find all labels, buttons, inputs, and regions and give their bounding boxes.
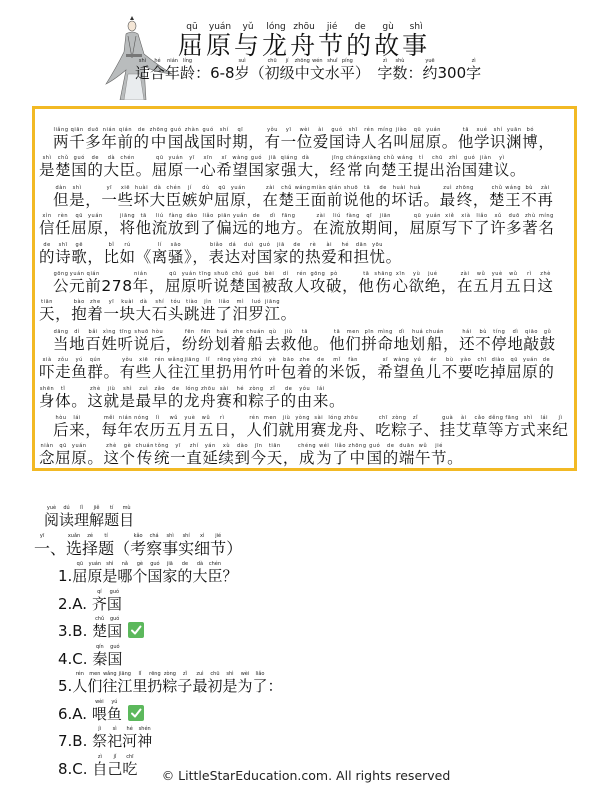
hanzi-with-pinyin: 原yuán [87, 567, 102, 585]
hanzi-with-pinyin: 合hé [150, 64, 165, 82]
hanzi-with-pinyin: 级jí [280, 64, 295, 82]
hanzi-with-pinyin: 国guó [462, 161, 478, 179]
hanzi-with-pinyin: 达dá [225, 248, 241, 266]
hanzi-with-pinyin: 直zhí [186, 449, 202, 467]
hanzi-with-pinyin: 望wàng [393, 363, 409, 381]
hanzi-with-pinyin: 的de [383, 449, 399, 467]
hanzi-with-pinyin: 龄líng [180, 64, 195, 82]
hanzi-with-pinyin: 江jiāng [184, 363, 200, 381]
hanzi-with-pinyin: 面miàn [311, 191, 327, 209]
hanzi-with-pinyin: 百bǎi [85, 335, 101, 353]
hanzi-with-pinyin: 常cháng [346, 161, 364, 179]
hanzi-with-pinyin: 舟zhōu [290, 31, 318, 60]
qu-yuan-illustration [104, 14, 174, 100]
hanzi-with-pinyin: 最zuì [440, 191, 456, 209]
hanzi-with-pinyin: 国guó [245, 277, 261, 295]
hanzi-with-pinyin: 他tā [329, 335, 345, 353]
hanzi-with-pinyin: 米mǐ [329, 363, 345, 381]
hanzi-with-pinyin: 有yǒu [265, 133, 281, 151]
hanzi-with-pinyin: 人rén [294, 277, 310, 295]
hanzi-with-pinyin: 字zì [377, 64, 392, 82]
hanzi-with-pinyin: 终zhōng [456, 191, 473, 209]
hanzi-with-pinyin: 在zài [457, 277, 473, 295]
hanzi-with-pinyin: 期qī [232, 133, 248, 151]
hanzi-with-pinyin: 著zhù [522, 219, 538, 237]
hanzi-with-pinyin: 大dà [298, 161, 314, 179]
hanzi-with-pinyin: 臣chén [207, 567, 222, 585]
plain-text: ： [195, 64, 210, 82]
hanzi-with-pinyin: 一yī [184, 161, 200, 179]
header: 屈qū原yuán与yǔ龙lóng舟zhōu节jié的de故gù事shì 适shì… [0, 0, 612, 100]
hanzi-with-pinyin: 为wéi [316, 449, 332, 467]
hanzi-with-pinyin: 初chū [265, 64, 280, 82]
hanzi-with-pinyin: 体tǐ [55, 392, 71, 410]
hanzi-with-pinyin: 原yuán [206, 31, 234, 60]
plain-text: ， [443, 335, 459, 353]
hanzi-with-pinyin: 农nóng [134, 421, 150, 439]
hanzi-with-pinyin: 公gōng [53, 277, 69, 295]
hanzi-with-pinyin: 的de [177, 567, 192, 585]
hanzi-with-pinyin: 国guó [107, 650, 122, 668]
hanzi-with-pinyin: 诗shī [55, 248, 71, 266]
hanzi-with-pinyin: 臣chén [166, 191, 182, 209]
hanzi-with-pinyin: 将jiāng [120, 219, 136, 237]
hanzi-with-pinyin: 在zài [313, 219, 329, 237]
hanzi-with-pinyin: 离lí [152, 248, 168, 266]
hanzi-with-pinyin: 坏huài [391, 191, 407, 209]
hanzi-with-pinyin: 目mù [119, 511, 134, 529]
hanzi-with-pinyin: 不bù [442, 363, 458, 381]
hanzi-with-pinyin: 大dà [150, 191, 166, 209]
plain-text: 。 [103, 363, 119, 381]
hanzi-with-pinyin: 中zhōng [150, 133, 168, 151]
hanzi-with-pinyin: 河hé [122, 732, 137, 750]
story-paragraph-2: 但dàn是shì，一yī些xiē坏huài大dà臣chén嫉jí妒dù屈qū原y… [39, 185, 569, 271]
hanzi-with-pinyin: 大dà [136, 305, 152, 323]
hanzi-with-pinyin: 日rì [521, 277, 537, 295]
plain-text: ， [283, 449, 299, 467]
plain-text: ， [55, 305, 71, 323]
quiz-item-label: 4.C. [58, 650, 92, 668]
hanzi-with-pinyin: 们men [262, 421, 278, 439]
hanzi-with-pinyin: 国guó [367, 449, 383, 467]
hanzi-with-pinyin: 多duō [85, 133, 101, 151]
hanzi-with-pinyin: 们men [87, 677, 102, 695]
plain-text: ： [407, 64, 422, 82]
plain-text: 、 [359, 421, 375, 439]
hanzi-with-pinyin: 地dì [69, 335, 85, 353]
hanzi-with-pinyin: 掉diào [490, 363, 506, 381]
hanzi-with-pinyin: 龙lóng [184, 392, 200, 410]
hanzi-with-pinyin: 放fàng [345, 219, 361, 237]
plain-text: 6-8 [210, 64, 235, 82]
plain-text: 。 [281, 305, 297, 323]
hanzi-with-pinyin: 祀sì [107, 732, 122, 750]
hanzi-with-pinyin: 初chū [207, 677, 222, 695]
quiz-item-4: 4.C. 秦qín国guó [58, 644, 283, 672]
hanzi-with-pinyin: 家jiā [265, 161, 281, 179]
hanzi-with-pinyin: 一yī [103, 305, 119, 323]
hanzi-with-pinyin: 鱼yú [71, 363, 87, 381]
plain-text: ： [268, 677, 283, 695]
hanzi-with-pinyin: 这zhè [87, 392, 103, 410]
hanzi-with-pinyin: 叶yè [265, 363, 281, 381]
hanzi-with-pinyin: 人rén [152, 363, 168, 381]
hanzi-with-pinyin: 选xuǎn [66, 539, 82, 558]
age-and-word-count: 适shì合hé年nián龄líng：6-8岁suì（初chū级jí中zhōng文… [135, 58, 481, 82]
hanzi-with-pinyin: 了liǎo [200, 219, 216, 237]
hanzi-with-pinyin: 前qián [327, 191, 343, 209]
hanzi-with-pinyin: 子zǐ [407, 421, 423, 439]
hanzi-with-pinyin: 国guó [257, 248, 273, 266]
hanzi-with-pinyin: 楚chǔ [381, 161, 397, 179]
plain-text: ， [230, 421, 246, 439]
hanzi-with-pinyin: 地dì [265, 219, 281, 237]
hanzi-with-pinyin: 希xī [377, 363, 393, 381]
hanzi-with-pinyin: 字zì [466, 64, 481, 82]
hanzi-with-pinyin: 中zhōng [348, 449, 366, 467]
hanzi-with-pinyin: 扔rēng [147, 677, 162, 695]
hanzi-with-pinyin: 家jiā [162, 567, 177, 585]
hanzi-with-pinyin: 五wǔ [505, 277, 521, 295]
hanzi-with-pinyin: 不bù [475, 335, 491, 353]
hanzi-with-pinyin: 两liǎng [53, 133, 69, 151]
hanzi-with-pinyin: 任rèn [55, 219, 71, 237]
hanzi-with-pinyin: 屈qū [214, 191, 230, 209]
hanzi-with-pinyin: 天tiān [39, 305, 55, 323]
hanzi-with-pinyin: 偏piān [216, 219, 232, 237]
story-paragraph-5: 后hòu来lái，每měi年nián农nóng历lì五wǔ月yuè五wǔ日rì，… [39, 415, 569, 473]
hanzi-with-pinyin: 破pò [326, 277, 342, 295]
hanzi-with-pinyin: 粽zòng [248, 392, 264, 410]
hanzi-with-pinyin: 楚chǔ [55, 161, 71, 179]
hanzi-with-pinyin: 的de [248, 219, 264, 237]
hanzi-with-pinyin: 成chéng [299, 449, 316, 467]
quiz-item-3: 3.B. 楚chǔ国guó [58, 616, 283, 644]
hanzi-with-pinyin: 屈qū [55, 449, 71, 467]
hanzi-with-pinyin: 说shuō [134, 335, 150, 353]
hanzi-with-pinyin: 为wèi [237, 677, 252, 695]
hanzi-with-pinyin: 写xiě [442, 219, 458, 237]
hanzi-with-pinyin: 往wǎng [168, 363, 184, 381]
plain-text: ？ [222, 567, 237, 585]
hanzi-with-pinyin: 要yào [458, 363, 474, 381]
hanzi-with-pinyin: 下xià [458, 219, 474, 237]
hanzi-with-pinyin: 读dú [59, 511, 74, 529]
hanzi-with-pinyin: 吃chī [474, 363, 490, 381]
footer-copyright: © LittleStarEducation.com. All rights re… [0, 768, 612, 783]
hanzi-with-pinyin: 原yuán [168, 161, 184, 179]
hanzi-with-pinyin: 诗shī [345, 133, 361, 151]
hanzi-with-pinyin: 屈qū [71, 219, 87, 237]
quiz-item-2: 2.A. 齐qí国guó [58, 589, 283, 617]
hanzi-with-pinyin: 原yuán [71, 449, 87, 467]
hanzi-with-pinyin: 战zhàn [184, 133, 200, 151]
plain-text: 。 [510, 161, 526, 179]
hanzi-with-pinyin: 再zài [537, 191, 553, 209]
plain-text: ， [342, 277, 358, 295]
hanzi-with-pinyin: 担dān [353, 248, 369, 266]
hanzi-with-pinyin: 和hé [232, 392, 248, 410]
hanzi-with-pinyin: 每měi [101, 421, 117, 439]
hanzi-with-pinyin: 一yī [170, 449, 186, 467]
hanzi-with-pinyin: 扔rēng [216, 363, 232, 381]
hanzi-with-pinyin: 往wǎng [102, 677, 117, 695]
hanzi-with-pinyin: 的de [281, 392, 297, 410]
hanzi-with-pinyin: 舟zhōu [343, 421, 359, 439]
hanzi-with-pinyin: 饭fàn [345, 363, 361, 381]
hanzi-with-pinyin: 走zǒu [55, 363, 71, 381]
hanzi-with-pinyin: 妒dù [198, 191, 214, 209]
hanzi-with-pinyin: 传chuán [136, 449, 154, 467]
hanzi-with-pinyin: 的de [39, 248, 55, 266]
hanzi-with-pinyin: 原yuán [426, 219, 442, 237]
hanzi-with-pinyin: 被bèi [262, 277, 278, 295]
hanzi-with-pinyin: 话huà [407, 191, 423, 209]
hanzi-with-pinyin: 数shù [392, 64, 407, 82]
plain-text: ， [314, 161, 330, 179]
hanzi-with-pinyin: 罗luó [248, 305, 264, 323]
hanzi-with-pinyin: 绝jué [425, 277, 441, 295]
hanzi-with-pinyin: 欲yù [409, 277, 425, 295]
hanzi-with-pinyin: 楚chǔ [229, 277, 245, 295]
hanzi-with-pinyin: 人rén [72, 677, 87, 695]
hanzi-with-pinyin: 的de [313, 363, 329, 381]
hanzi-with-pinyin: 就jiù [279, 421, 295, 439]
plain-text: 。 [71, 392, 87, 410]
plain-text: ， [248, 133, 264, 151]
hanzi-with-pinyin: 忧yōu [370, 248, 386, 266]
hanzi-with-pinyin: 文wén [310, 64, 325, 82]
hanzi-with-pinyin: 屈qū [72, 567, 87, 585]
plain-text: 。 [87, 449, 103, 467]
hanzi-with-pinyin: 提tí [413, 161, 429, 179]
hanzi-with-pinyin: 汨mì [232, 305, 248, 323]
hanzi-with-pinyin: 人rén [246, 421, 262, 439]
hanzi-with-pinyin: 了liǎo [474, 219, 490, 237]
hanzi-with-pinyin: 五wǔ [473, 277, 489, 295]
hanzi-with-pinyin: 午wǔ [415, 449, 431, 467]
story-paragraph-4: 当dāng地dì百bǎi姓xìng听tīng说shuō后hòu，纷fēn纷fēn… [39, 329, 569, 415]
hanzi-with-pinyin: 原yuán [522, 363, 538, 381]
hanzi-with-pinyin: 粽zòng [391, 421, 407, 439]
hanzi-with-pinyin: 方fāng [504, 421, 520, 439]
hanzi-with-pinyin: 坏huài [134, 191, 150, 209]
hanzi-with-pinyin: 了liǎo [216, 305, 232, 323]
hanzi-with-pinyin: 舟zhōu [200, 392, 216, 410]
hanzi-with-pinyin: 察chá [146, 539, 162, 558]
plain-text: ， [166, 335, 182, 353]
hanzi-with-pinyin: 说shuō [343, 191, 359, 209]
plain-text: 。 [386, 248, 402, 266]
hanzi-with-pinyin: 年nián [133, 277, 149, 295]
story-box: 两liǎng千qiān多duō年nián前qián的de中zhōng国guó战z… [32, 106, 577, 471]
plain-text: ， [85, 191, 101, 209]
hanzi-with-pinyin: 龙lóng [262, 31, 290, 60]
hanzi-with-pinyin: 热rè [305, 248, 321, 266]
hanzi-with-pinyin: 望wàng [232, 161, 248, 179]
hanzi-with-pinyin: 江jiāng [265, 305, 281, 323]
hanzi-with-pinyin: 细xì [194, 539, 210, 558]
hanzi-with-pinyin: 楚chǔ [489, 191, 505, 209]
hanzi-with-pinyin: 节jié [318, 31, 346, 60]
quiz-item-label: 3.B. [58, 622, 92, 640]
hanzi-with-pinyin: 出chū [429, 161, 445, 179]
story-text: 两liǎng千qiān多duō年nián前qián的de中zhōng国guó战z… [39, 127, 569, 473]
hanzi-with-pinyin: 表biǎo [208, 248, 224, 266]
hanzi-with-pinyin: 天tiān [267, 449, 283, 467]
hanzi-with-pinyin: 年nián [117, 421, 133, 439]
hanzi-with-pinyin: 敲qiāo [524, 335, 540, 353]
hanzi-with-pinyin: 最zuì [192, 677, 207, 695]
hanzi-with-pinyin: 伤shāng [374, 277, 392, 295]
hanzi-with-pinyin: 叫jiào [393, 133, 409, 151]
plain-text: 。 [329, 392, 345, 410]
hanzi-with-pinyin: 里lǐ [132, 677, 147, 695]
hanzi-with-pinyin: 国guó [248, 161, 264, 179]
hanzi-with-pinyin: 船chuán [426, 335, 443, 353]
hanzi-with-pinyin: 后hòu [53, 421, 69, 439]
hanzi-with-pinyin: 是shì [39, 161, 55, 179]
hanzi-with-pinyin: 敌dí [278, 277, 294, 295]
hanzi-with-pinyin: 学xué [474, 133, 490, 151]
hanzi-with-pinyin: 识shí [490, 133, 506, 151]
hanzi-with-pinyin: 国guó [71, 161, 87, 179]
plain-text: ， [85, 421, 101, 439]
hanzi-with-pinyin: 后hòu [150, 335, 166, 353]
hanzi-with-pinyin: 前qián [85, 277, 101, 295]
hanzi-with-pinyin: 节jié [210, 539, 226, 558]
hanzi-with-pinyin: 他tā [458, 133, 474, 151]
hanzi-with-pinyin: 来lái [536, 421, 552, 439]
hanzi-with-pinyin: 这zhè [538, 277, 554, 295]
hanzi-with-pinyin: 姓xìng [101, 335, 117, 353]
plain-text: 。 [313, 335, 329, 353]
hanzi-with-pinyin: 他tā [358, 277, 374, 295]
hanzi-with-pinyin: 到dào [184, 219, 200, 237]
hanzi-with-pinyin: 神shén [137, 732, 152, 750]
plain-text: 。 [424, 191, 440, 209]
hanzi-with-pinyin: 挂guà [440, 421, 456, 439]
hanzi-with-pinyin: 家jiā [273, 248, 289, 266]
hanzi-with-pinyin: 骚sāo [168, 248, 184, 266]
hanzi-with-pinyin: 方fāng [281, 219, 297, 237]
hanzi-with-pinyin: 来lái [313, 392, 329, 410]
hanzi-with-pinyin: 流liú [329, 219, 345, 237]
plain-text: 《 [136, 248, 152, 266]
hanzi-with-pinyin: 是shì [222, 677, 237, 695]
quiz-heading: 阅yuè读dú理lǐ解jiě题tí目mù [44, 505, 283, 533]
hanzi-with-pinyin: 屈qū [410, 133, 426, 151]
hanzi-with-pinyin: 群qún [87, 363, 103, 381]
hanzi-with-pinyin: 他tā [297, 335, 313, 353]
hanzi-with-pinyin: 屈qū [178, 31, 206, 60]
hanzi-with-pinyin: 攻gōng [310, 277, 326, 295]
plain-text: ， [393, 219, 409, 237]
hanzi-with-pinyin: 王wáng [295, 191, 311, 209]
hanzi-with-pinyin: 抱bào [71, 305, 87, 323]
hanzi-with-pinyin: 人rén [361, 133, 377, 151]
hanzi-with-pinyin: 不bù [521, 191, 537, 209]
hanzi-with-pinyin: 艾ài [456, 421, 472, 439]
hanzi-with-pinyin: 地dì [507, 335, 523, 353]
hanzi-with-pinyin: 儿ér [426, 363, 442, 381]
hanzi-with-pinyin: 今jīn [251, 449, 267, 467]
plain-text: 300 [437, 64, 466, 82]
hanzi-with-pinyin: 水shuǐ [325, 64, 340, 82]
hanzi-with-pinyin: 一yī [101, 191, 117, 209]
hanzi-with-pinyin: 包bāo [281, 363, 297, 381]
hanzi-with-pinyin: 龙lóng [327, 421, 343, 439]
hanzi-with-pinyin: 流liú [152, 219, 168, 237]
hanzi-with-pinyin: 爱ài [321, 248, 337, 266]
quiz-section: 阅yuè读dú理lǐ解jiě题tí目mù 一yī、选xuǎn择zé题tí（考kǎ… [44, 505, 283, 781]
hanzi-with-pinyin: 楚chǔ [279, 191, 295, 209]
hanzi-with-pinyin: 江jiāng [117, 677, 132, 695]
hanzi-with-pinyin: 国guó [200, 133, 216, 151]
hanzi-with-pinyin: 里lǐ [200, 363, 216, 381]
plain-text: ， [246, 191, 262, 209]
hanzi-with-pinyin: 歌gē [71, 248, 87, 266]
hanzi-with-pinyin: 屈qū [152, 161, 168, 179]
hanzi-with-pinyin: 题tí [104, 511, 119, 529]
quiz-item-label: 1. [58, 567, 72, 585]
quiz-item-1: 1.屈qū原yuán是shì哪nǎ个gè国guó家jiā的de大dà臣chén？ [58, 561, 283, 589]
hanzi-with-pinyin: 时shí [216, 133, 232, 151]
hanzi-with-pinyin: 着zhe [87, 305, 103, 323]
hanzi-with-pinyin: 多duō [506, 219, 522, 237]
hanzi-with-pinyin: 屈qū [165, 277, 181, 295]
hanzi-with-pinyin: 们men [345, 335, 361, 353]
quiz-item-6: 6.A. 喂wèi鱼yú [58, 699, 283, 727]
hanzi-with-pinyin: 的de [538, 363, 554, 381]
hanzi-with-pinyin: 听tīng [197, 277, 213, 295]
hanzi-with-pinyin: 择zé [82, 539, 98, 558]
hanzi-with-pinyin: 岁suì [235, 64, 250, 82]
hanzi-with-pinyin: 与yǔ [234, 31, 262, 60]
hanzi-with-pinyin: 的de [289, 248, 305, 266]
hanzi-with-pinyin: 说shuō [213, 277, 229, 295]
plain-text: ， [103, 219, 119, 237]
hanzi-with-pinyin: 吓xià [39, 363, 55, 381]
hanzi-with-pinyin: 的de [346, 31, 374, 60]
page-title: 屈qū原yuán与yǔ龙lóng舟zhōu节jié的de故gù事shì [178, 22, 430, 60]
hanzi-with-pinyin: 考kǎo [130, 539, 146, 558]
plain-text: ， [538, 133, 554, 151]
hanzi-with-pinyin: 端duān [399, 449, 415, 467]
plain-text: （ [250, 64, 265, 82]
hanzi-with-pinyin: 粽zòng [162, 677, 177, 695]
hanzi-with-pinyin: 原yuán [230, 191, 246, 209]
hanzi-with-pinyin: 向xiàng [364, 161, 381, 179]
hanzi-with-pinyin: 子zǐ [177, 677, 192, 695]
hanzi-with-pinyin: 解jiě [89, 511, 104, 529]
hanzi-with-pinyin: 间jiān [377, 219, 393, 237]
hanzi-with-pinyin: 阅yuè [44, 511, 59, 529]
hanzi-with-pinyin: 议yì [494, 161, 510, 179]
hanzi-with-pinyin: 一yī [34, 539, 50, 558]
hanzi-with-pinyin: 一yī [281, 133, 297, 151]
hanzi-with-pinyin: 年nián [101, 133, 117, 151]
plain-text: ， [192, 248, 208, 266]
hanzi-with-pinyin: 王wáng [505, 191, 521, 209]
hanzi-with-pinyin: 鱼yú [107, 705, 122, 723]
hanzi-with-pinyin: 月yuè [182, 421, 198, 439]
hanzi-with-pinyin: 日rì [214, 421, 230, 439]
hanzi-with-pinyin: 纷fēn [198, 335, 214, 353]
hanzi-with-pinyin: 个gè [132, 567, 147, 585]
hanzi-with-pinyin: 着zhe [230, 335, 246, 353]
